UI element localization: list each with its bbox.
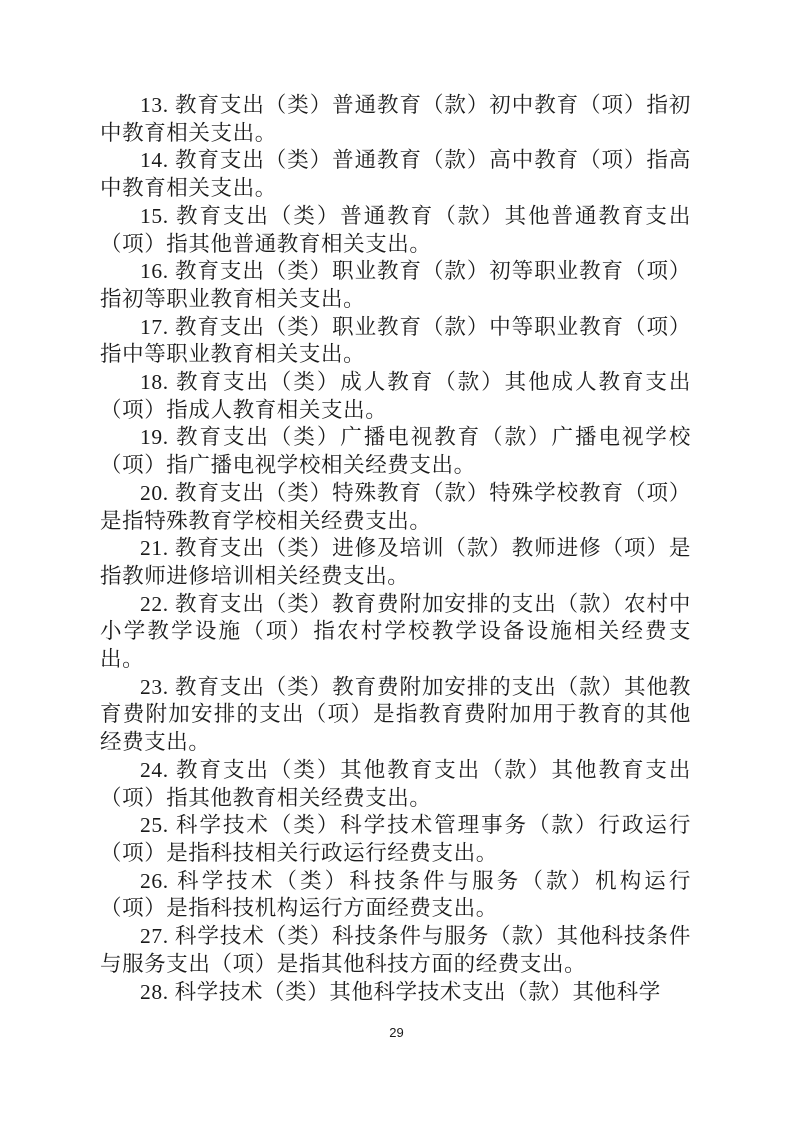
- paragraph-item-20: 20. 教育支出（类）特殊教育（款）特殊学校教育（项）是指特殊教育学校相关经费支…: [100, 480, 691, 535]
- paragraph-item-26: 26. 科学技术（类）科技条件与服务（款）机构运行（项）是指科技机构运行方面经费…: [100, 868, 691, 923]
- page-number: 29: [389, 1025, 403, 1040]
- paragraph-item-14: 14. 教育支出（类）普通教育（款）高中教育（项）指高中教育相关支出。: [100, 147, 691, 202]
- paragraph-item-19: 19. 教育支出（类）广播电视教育（款）广播电视学校（项）指广播电视学校相关经费…: [100, 424, 691, 479]
- paragraph-item-21: 21. 教育支出（类）进修及培训（款）教师进修（项）是指教师进修培训相关经费支出…: [100, 535, 691, 590]
- paragraph-item-15: 15. 教育支出（类）普通教育（款）其他普通教育支出（项）指其他普通教育相关支出…: [100, 203, 691, 258]
- paragraph-item-17: 17. 教育支出（类）职业教育（款）中等职业教育（项）指中等职业教育相关支出。: [100, 314, 691, 369]
- paragraph-item-22: 22. 教育支出（类）教育费附加安排的支出（款）农村中小学教学设施（项）指农村学…: [100, 591, 691, 674]
- page-footer: 29: [0, 1024, 793, 1042]
- paragraph-item-28: 28. 科学技术（类）其他科学技术支出（款）其他科学: [100, 979, 691, 1007]
- paragraph-item-27: 27. 科学技术（类）科技条件与服务（款）其他科技条件与服务支出（项）是指其他科…: [100, 923, 691, 978]
- paragraph-item-23: 23. 教育支出（类）教育费附加安排的支出（款）其他教育费附加安排的支出（项）是…: [100, 674, 691, 757]
- document-page: 13. 教育支出（类）普通教育（款）初中教育（项）指初中教育相关支出。 14. …: [0, 0, 793, 1122]
- paragraph-item-18: 18. 教育支出（类）成人教育（款）其他成人教育支出（项）指成人教育相关支出。: [100, 369, 691, 424]
- paragraph-item-24: 24. 教育支出（类）其他教育支出（款）其他教育支出（项）指其他教育相关经费支出…: [100, 757, 691, 812]
- paragraph-item-25: 25. 科学技术（类）科学技术管理事务（款）行政运行（项）是指科技相关行政运行经…: [100, 812, 691, 867]
- paragraph-item-16: 16. 教育支出（类）职业教育（款）初等职业教育（项）指初等职业教育相关支出。: [100, 258, 691, 313]
- document-body: 13. 教育支出（类）普通教育（款）初中教育（项）指初中教育相关支出。 14. …: [100, 92, 691, 1006]
- paragraph-item-13: 13. 教育支出（类）普通教育（款）初中教育（项）指初中教育相关支出。: [100, 92, 691, 147]
